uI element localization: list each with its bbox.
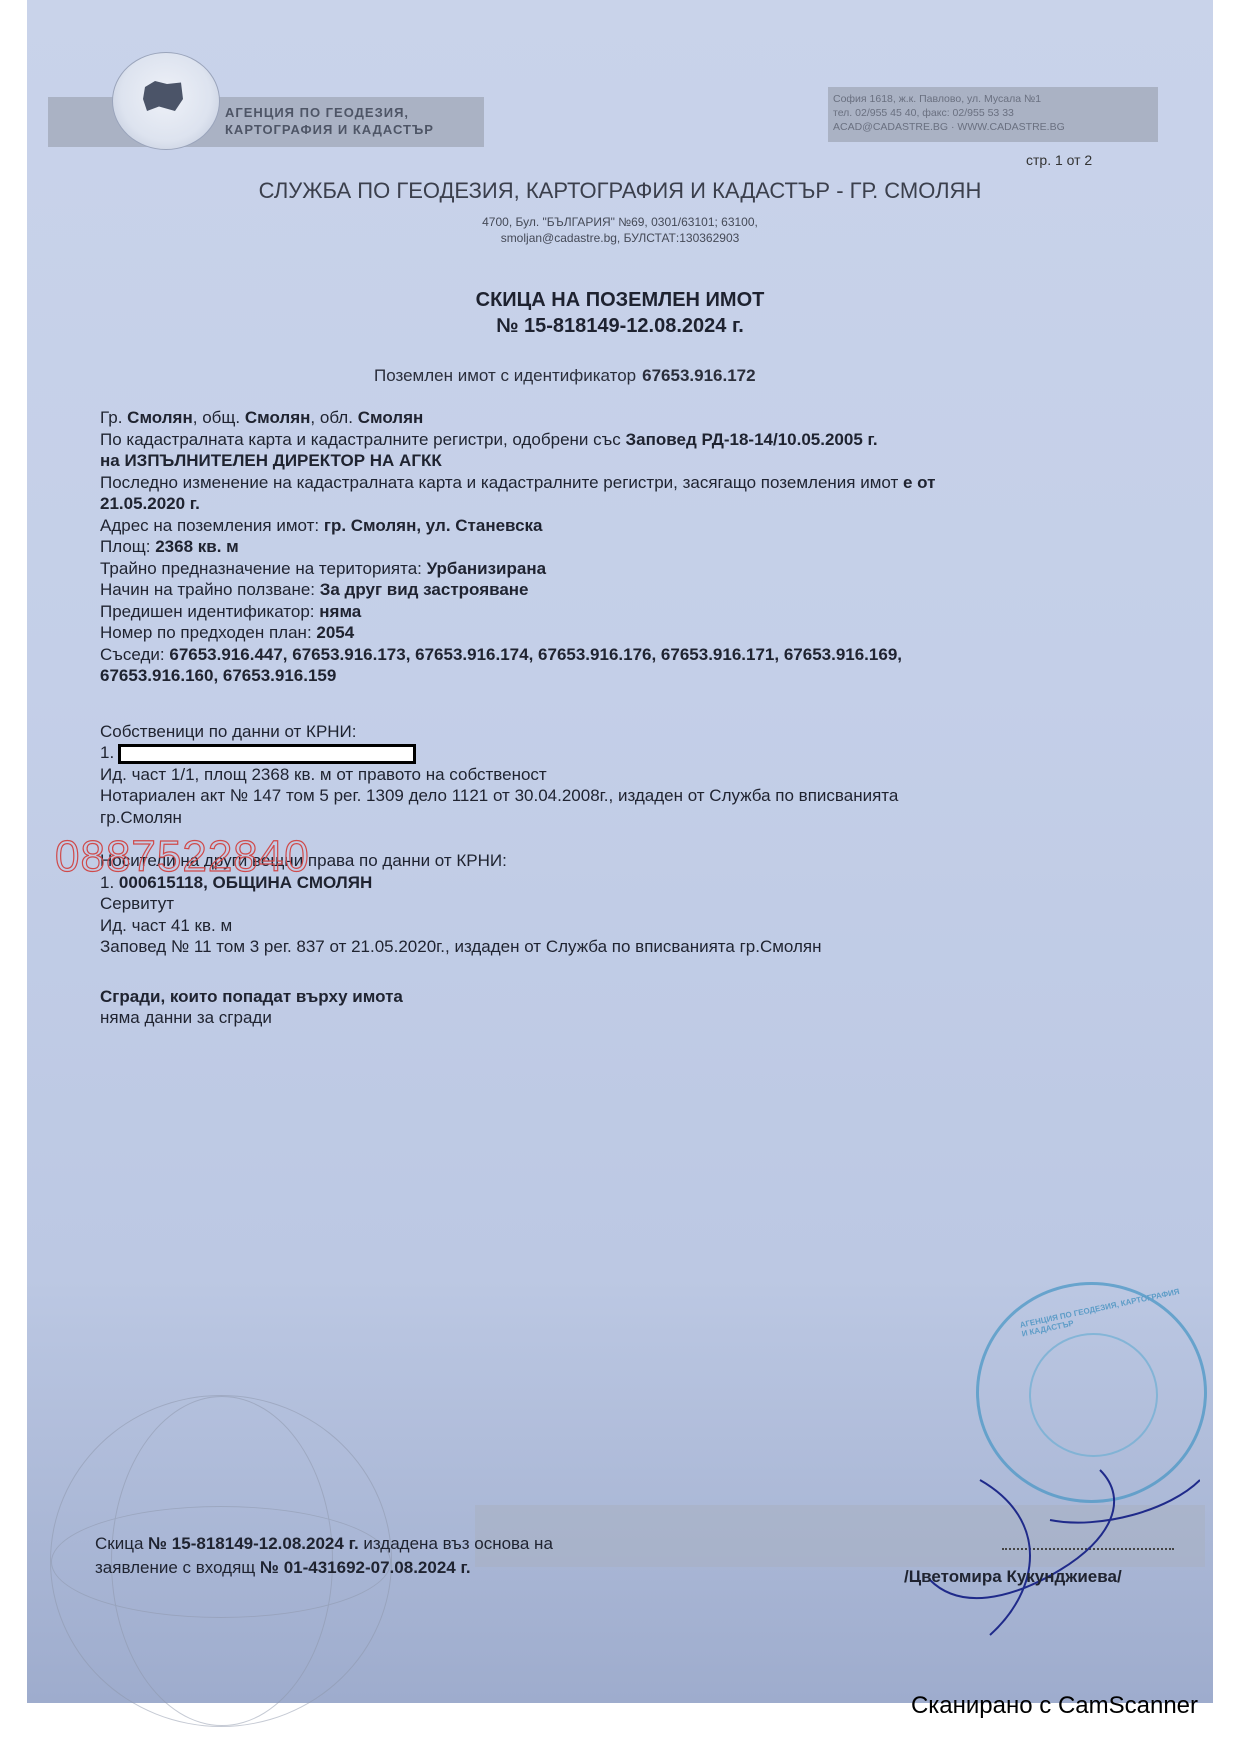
redacted-owner-name [118, 744, 416, 764]
neighbors-cont: 67653.916.160, 67653.916.159 [100, 665, 1130, 687]
cadastre-approved-by: на ИЗПЪЛНИТЕЛЕН ДИРЕКТОР НА АГКК [100, 450, 1130, 472]
owner-deed-cont: гр.Смолян [100, 807, 1130, 829]
agency-contact: София 1618, ж.к. Павлово, ул. Мусала №1 … [833, 92, 1065, 134]
owner-share: Ид. част 1/1, площ 2368 кв. м от правото… [100, 764, 1130, 786]
last-change: Последно изменение на кадастралната карт… [100, 472, 1130, 494]
issued-statement: Скица № 15-818149-12.08.2024 г. издадена… [95, 1532, 553, 1580]
agency-logo-globe-icon [112, 52, 220, 150]
agency-name: АГЕНЦИЯ ПО ГЕОДЕЗИЯ, КАРТОГРАФИЯ И КАДАС… [225, 104, 434, 138]
property-area: Площ: 2368 кв. м [100, 536, 1130, 558]
neighbors: Съседи: 67653.916.447, 67653.916.173, 67… [100, 644, 1130, 666]
office-address: 4700, Бул. "БЪЛГАРИЯ" №69, 0301/63101; 6… [0, 214, 1240, 246]
owner-deed: Нотариален акт № 147 том 5 рег. 1309 дел… [100, 785, 1130, 807]
owners-heading: Собственици по данни от КРНИ: [100, 721, 1130, 743]
other-rights-share: Ид. част 41 кв. м [100, 915, 1130, 937]
location-line: Гр. Смолян, общ. Смолян, обл. Смолян [100, 407, 1130, 429]
property-identifier: Поземлен имот с идентификатор67653.916.1… [374, 366, 756, 386]
document-body: Гр. Смолян, общ. Смолян, обл. Смолян По … [100, 407, 1130, 1029]
document-title: СКИЦА НА ПОЗЕМЛЕН ИМОТ № 15-818149-12.08… [0, 287, 1240, 339]
office-name: СЛУЖБА ПО ГЕОДЕЗИЯ, КАРТОГРАФИЯ И КАДАСТ… [0, 178, 1240, 204]
cadastre-approval: По кадастралната карта и кадастралните р… [100, 429, 1130, 451]
owner-item: 1. [100, 742, 1130, 764]
signer-name: /Цветомира Кукунджиева/ [904, 1567, 1122, 1587]
other-rights-type: Сервитут [100, 893, 1130, 915]
phone-watermark: 0887522840 [55, 832, 310, 882]
property-purpose: Трайно предназначение на територията: Ур… [100, 558, 1130, 580]
last-change-date: 21.05.2020 г. [100, 493, 1130, 515]
property-previous-id: Предишен идентификатор: няма [100, 601, 1130, 623]
camscanner-note: Сканирано с CamScanner [911, 1692, 1198, 1720]
page-number: стр. 1 от 2 [1026, 152, 1092, 168]
property-usage: Начин на трайно ползване: За друг вид за… [100, 579, 1130, 601]
buildings-heading: Сгради, които попадат върху имота [100, 986, 1130, 1008]
other-rights-order: Заповед № 11 том 3 рег. 837 от 21.05.202… [100, 936, 1130, 958]
property-previous-plan: Номер по предходен план: 2054 [100, 622, 1130, 644]
signature-scribble-icon [900, 1460, 1200, 1640]
buildings-value: няма данни за сгради [100, 1007, 1130, 1029]
property-address: Адрес на поземления имот: гр. Смолян, ул… [100, 515, 1130, 537]
